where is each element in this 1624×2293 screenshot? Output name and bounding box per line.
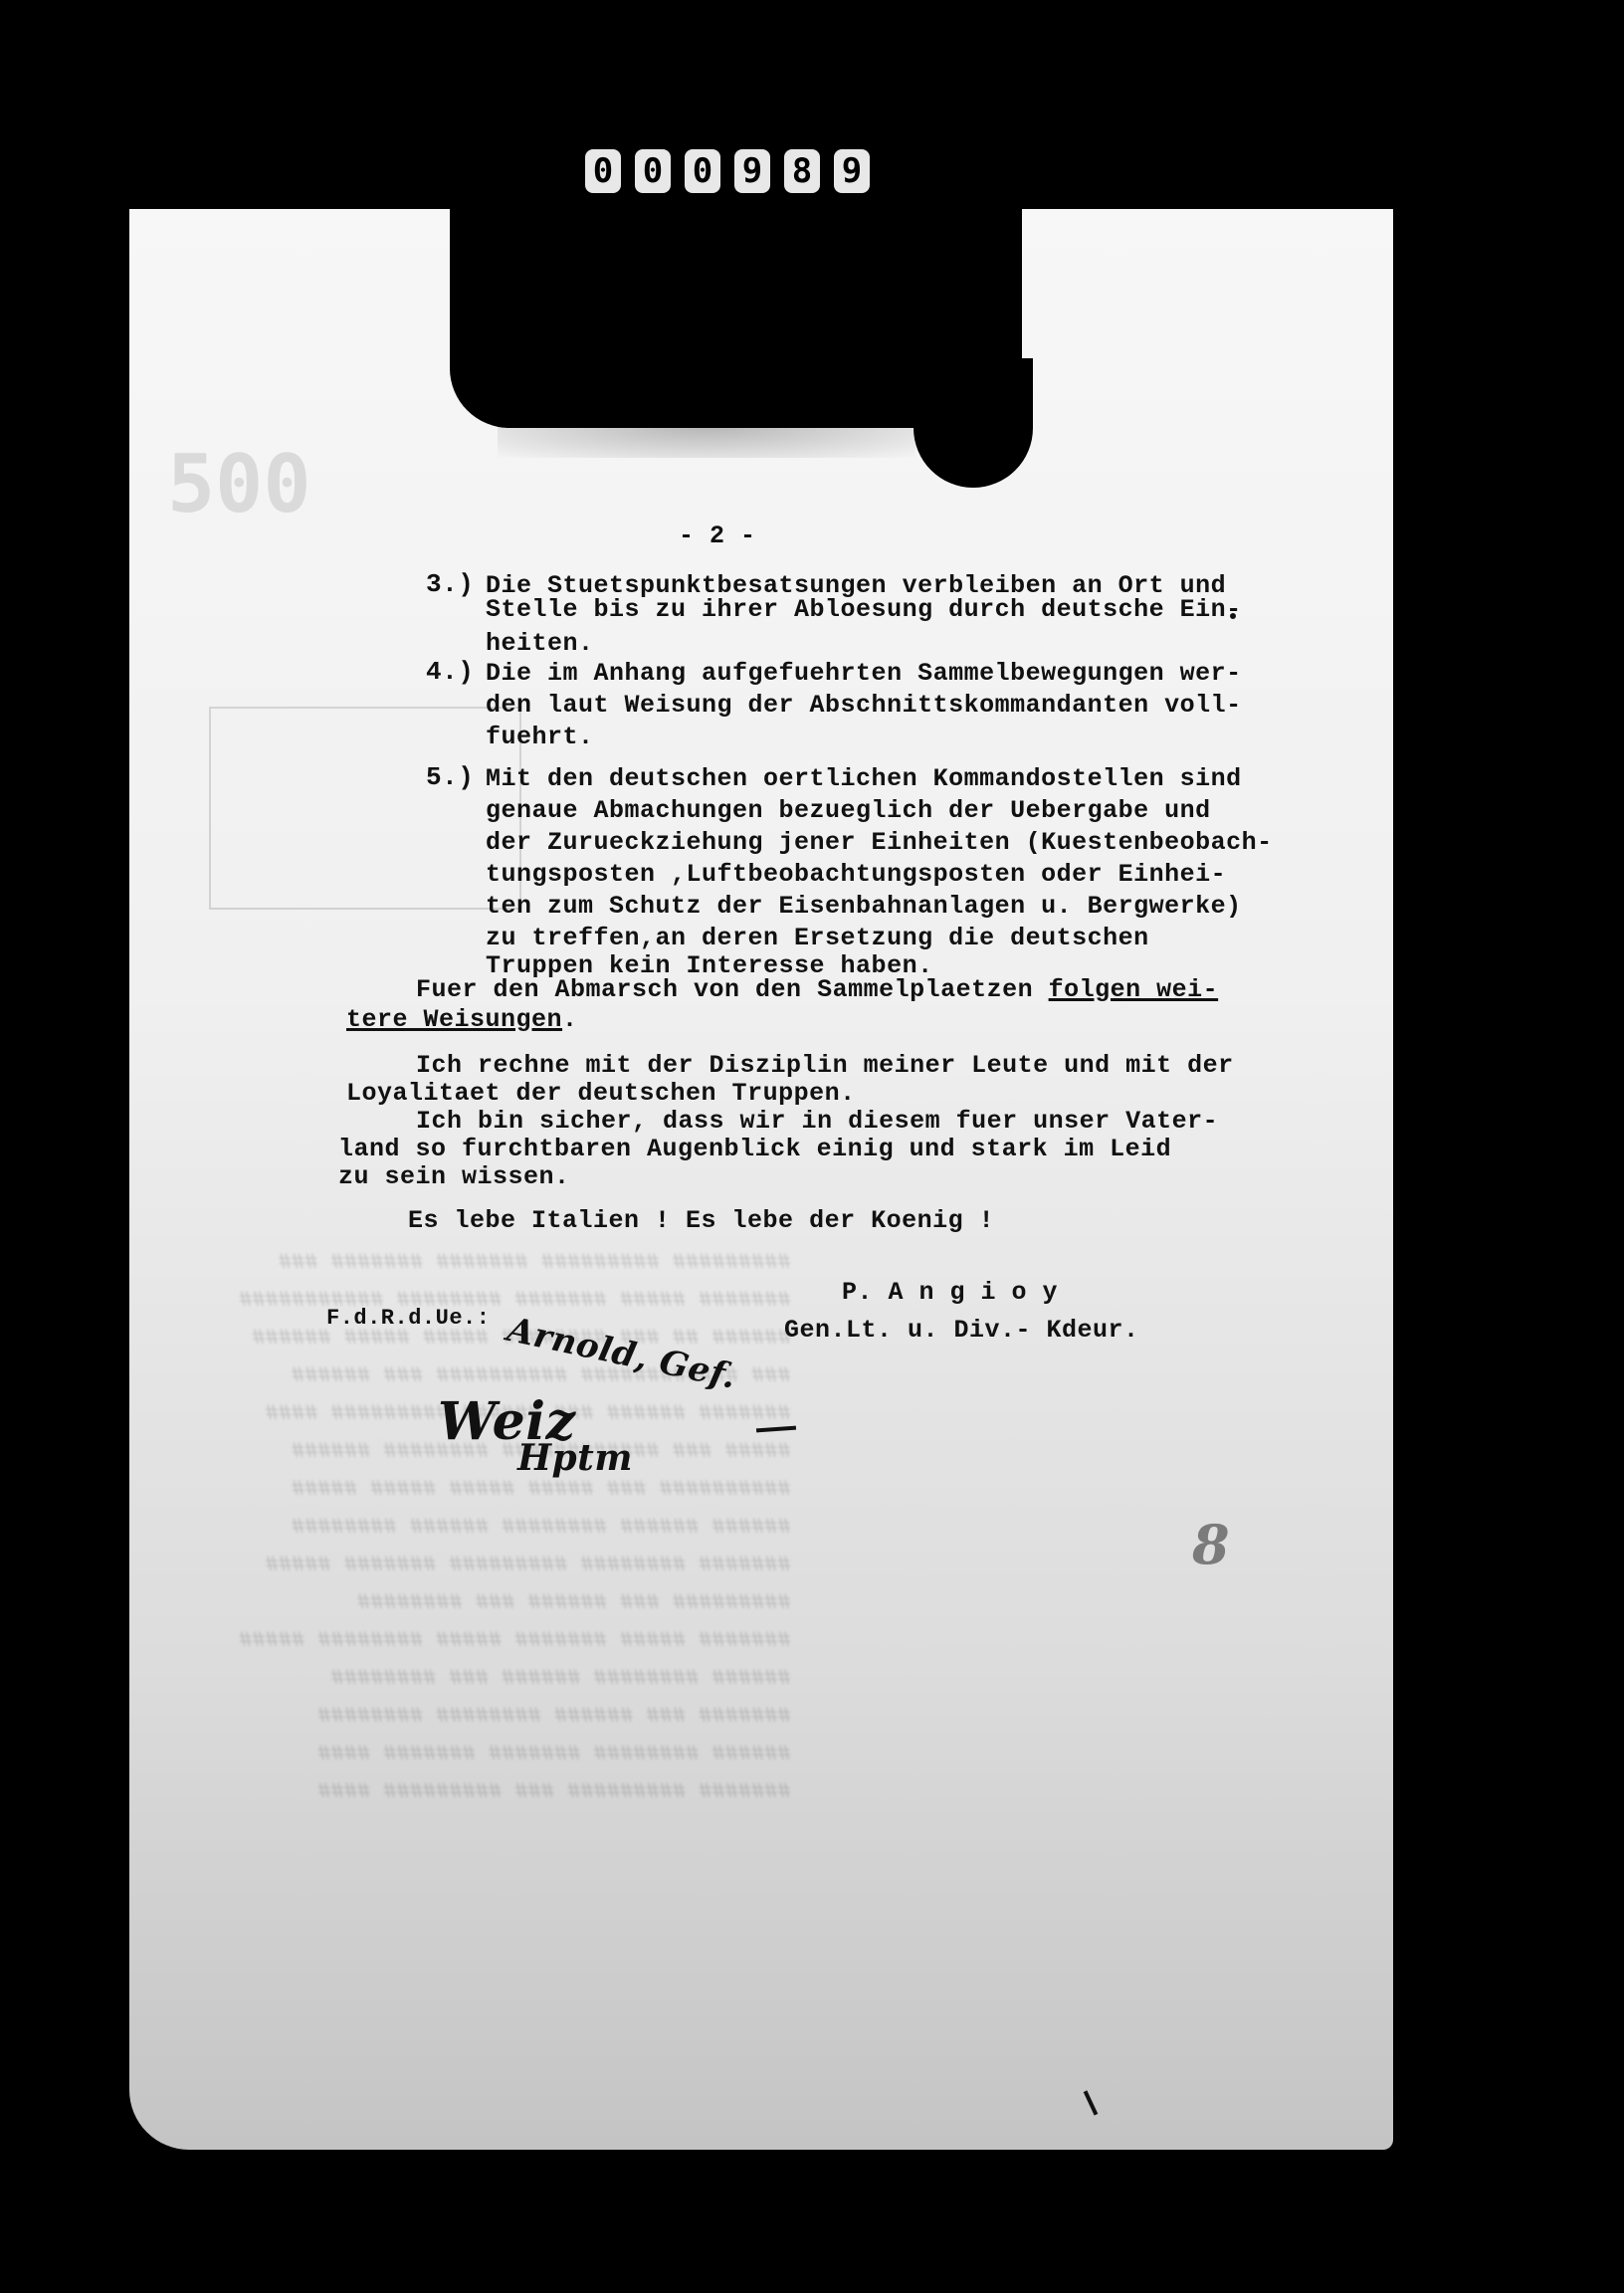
paragraph-line: zu sein wissen. [338,1162,570,1191]
item-3-line: heiten. [486,629,594,658]
item-5-line: der Zurueckziehung jener Einheiten (Kues… [486,828,1273,857]
item-5-line: tungsposten ,Luftbeobachtungsposten oder… [486,860,1226,889]
page-number: - 2 - [679,521,756,550]
signature-title: Gen.Lt. u. Div.- Kdeur. [784,1316,1139,1345]
handwritten-signature: Hptm [517,1437,633,1479]
margin-mark: 8 [1192,1513,1230,1576]
paragraph-line: Loyalitaet der deutschen Truppen. [346,1079,856,1108]
item-4-line: fuehrt. [486,723,594,751]
paragraph-line: land so furchtbaren Augenblick einig und… [338,1135,1171,1163]
item-number: 3.) [426,569,474,599]
certification-label: F.d.R.d.Ue.: [326,1306,490,1331]
item-5-line: ten zum Schutz der Eisenbahnanlagen u. B… [486,892,1242,921]
item-5-line: genaue Abmachungen bezueglich der Ueberg… [486,796,1211,825]
underlined-text: folgen wei- [1049,975,1219,1004]
item-number: 5.) [426,762,474,792]
item-number: 4.) [426,657,474,687]
item-4-line: den laut Weisung der Abschnittskommandan… [486,691,1242,720]
document-body: - 2 - 3.) Die Stuetspunktbesatsungen ver… [0,0,1624,2293]
paragraph-line: tere Weisungen. [346,1005,578,1034]
paragraph-line: Fuer den Abmarsch von den Sammelplaetzen… [416,975,1218,1004]
item-5-line: Mit den deutschen oertlichen Kommandoste… [486,764,1242,793]
item-4-line: Die im Anhang aufgefuehrten Sammelbewegu… [486,659,1242,688]
underlined-text: tere Weisungen [346,1005,562,1034]
pen-mark [756,1426,796,1433]
paragraph-line: Ich bin sicher, dass wir in diesem fuer … [416,1107,1218,1136]
pen-mark [1230,613,1236,619]
handwritten-signature: Arnold, Gef. [504,1310,739,1397]
pen-mark [1084,2090,1099,2115]
closing-line: Es lebe Italien ! Es lebe der Koenig ! [408,1206,994,1235]
paragraph-line: Ich rechne mit der Disziplin meiner Leut… [416,1051,1234,1080]
signature-name: P. A n g i o y [842,1278,1058,1307]
item-5-line: zu treffen,an deren Ersetzung die deutsc… [486,924,1149,952]
item-3-line: Stelle bis zu ihrer Abloesung durch deut… [486,595,1242,624]
